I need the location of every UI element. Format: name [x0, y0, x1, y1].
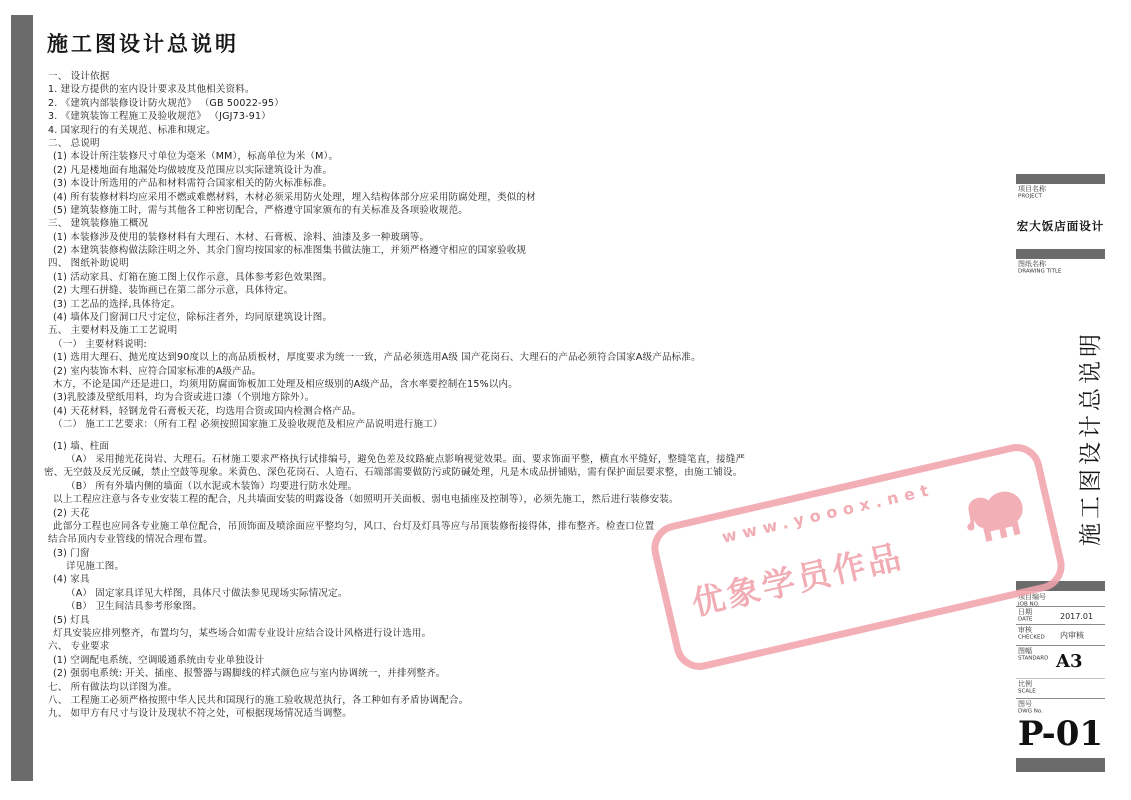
date-label-cn: 日期 [1018, 609, 1034, 616]
note-line: 2. 《建筑内部装修设计防火规范》 （GB 50022-95） [44, 97, 1019, 110]
drawing-title-label: 图纸名称 DRAWING TITLE [1018, 261, 1065, 275]
general-notes-body: 一、 设计依据1. 建设方提供的室内设计要求及其他相关资料。2. 《建筑内部装修… [44, 70, 1019, 721]
project-label: 项目名称 PROJECT [1018, 186, 1046, 200]
drawing-title-label-cn: 图纸名称 [1018, 261, 1065, 268]
note-line: 二、 总说明 [44, 137, 1019, 150]
table-row-dwgno: 图号DWG No. [1016, 699, 1105, 715]
scale-label-cn: 比例 [1018, 681, 1037, 688]
note-line: (2) 大理石拼缝、装饰画已在第二部分示意，具体待定。 [44, 284, 1019, 297]
checked-value: 内审核 [1060, 630, 1084, 641]
note-line: (1) 本设计所注装修尺寸单位为毫米（MM），标高单位为米（M）。 [44, 150, 1019, 163]
drawing-title-vertical: 施工图设计总说明 [1072, 328, 1100, 548]
project-label-en: PROJECT [1018, 193, 1044, 199]
note-line: 1. 建设方提供的室内设计要求及其他相关资料。 [44, 83, 1019, 96]
titleblock-divider-bar-mid [1016, 249, 1105, 259]
table-row-scale: 比例SCALE [1016, 679, 1105, 699]
table-row-checked: 审核CHECKED 内审核 [1016, 625, 1105, 646]
note-line: 木方，不论是国产还是进口，均须用防腐面饰板加工处理及相应级别的A级产品，含水率要… [44, 378, 1019, 391]
table-row-date: 日期DATE 2017.01 [1016, 607, 1105, 625]
note-line: (5) 建筑装修施工时，需与其他各工种密切配合，严格遵守国家颁布的有关标准及各项… [44, 204, 1019, 217]
note-line: (2) 本建筑装修构做法除注明之外、其余门窗均按国家的标准图集书做法施工，并须严… [44, 244, 1019, 257]
note-line: 三、 建筑装修施工概况 [44, 217, 1019, 230]
note-line: 密、无空鼓及反光反碱，禁止空鼓等现象。米黄色、深色花岗石、人造石、石端部需要做防… [44, 466, 1019, 479]
standard-label-cn: 图幅 [1018, 648, 1051, 655]
note-line: （B） 卫生间洁具参考形象图。 [44, 600, 1019, 613]
note-line: (1) 选用大理石、抛光度达到90度以上的高品质板材，厚度要求为统一一致，产品必… [44, 351, 1019, 364]
project-name: 宏大饭店面设计 [1016, 218, 1105, 234]
note-line: (2) 天花 [44, 507, 1019, 520]
note-line: 四、 图纸补助说明 [44, 257, 1019, 270]
checked-label-cn: 审核 [1018, 627, 1047, 634]
note-line: (3)乳胶漆及壁纸用料，均为合资或进口漆（个别地方除外）。 [44, 391, 1019, 404]
note-line: （A） 采用抛光花岗岩、大理石。石材施工要求严格执行试排编号，避免色差及纹路疵点… [44, 453, 1019, 466]
project-label-cn: 项目名称 [1018, 186, 1046, 193]
note-line: (4) 所有装修材料均应采用不燃或难燃材料，木材必须采用防火处理，埋入结构体部分… [44, 191, 1019, 204]
date-label-en: DATE [1018, 616, 1032, 622]
note-line: (1) 墙、柱面 [44, 440, 1019, 453]
note-line: (4) 墙体及门窗洞口尺寸定位，除标注者外，均同原建筑设计图。 [44, 311, 1019, 324]
note-line: 一、 设计依据 [44, 70, 1019, 83]
note-line: 六、 专业要求 [44, 640, 1019, 653]
note-line: 此部分工程也应同各专业施工单位配合，吊顶饰面及喷涂面应平整均匀，风口、台灯及灯具… [44, 520, 1019, 533]
note-line: 4. 国家现行的有关规范、标准和规定。 [44, 124, 1019, 137]
note-line: 五、 主要材料及施工工艺说明 [44, 324, 1019, 337]
note-line: 灯具安装应排列整齐，布置均匀，某些场合如需专业设计应结合设计风格进行设计选用。 [44, 627, 1019, 640]
titleblock-divider-bar-lower [1016, 581, 1105, 591]
drawing-sheet: { "sheet": { "main_title": "施工图设计总说明", "… [0, 0, 1131, 800]
titleblock-divider-bar-bottom [1016, 758, 1105, 772]
note-line: (2) 室内装饰木料、应符合国家标准的A级产品。 [44, 365, 1019, 378]
table-row-jobno: 项目编号JOB NO. [1016, 592, 1105, 607]
note-line: 八、 工程施工必须严格按照中华人民共和国现行的施工验收规范执行，各工种如有矛盾协… [44, 694, 1019, 707]
note-line: (4) 天花材料，轻钢龙骨石膏板天花，均选用合资或国内检测合格产品。 [44, 405, 1019, 418]
binding-bar [11, 15, 33, 781]
note-line: （一） 主要材料说明: [44, 338, 1019, 351]
drawing-number: P-01 [1016, 714, 1105, 754]
note-line: （B） 所有外墙内侧的墙面（以水泥或木装饰）均要进行防水处理。 [44, 480, 1019, 493]
note-line: （二） 施工工艺要求：（所有工程 必须按照国家施工及验收规范及相应产品说明进行施… [44, 418, 1019, 431]
jobno-label-cn: 项目编号 [1018, 594, 1046, 601]
note-line: (1) 本装修涉及使用的装修材料有大理石、木材、石膏板、涂料、油漆及多一种玻璃等… [44, 231, 1019, 244]
checked-label-en: CHECKED [1018, 634, 1045, 640]
note-line: 3. 《建筑装饰工程施工及验收规范》 （JGJ73-91） [44, 110, 1019, 123]
dwgno-label-cn: 图号 [1018, 701, 1045, 708]
note-line: 以上工程应注意与各专业安装工程的配合，凡共墙面安装的明露设备（如照明开关面板、弱… [44, 493, 1019, 506]
standard-label-en: STANDARD [1018, 655, 1048, 661]
note-line: (3) 工艺品的选择,具体待定。 [44, 298, 1019, 311]
note-line: (3) 门窗 [44, 547, 1019, 560]
note-line: (4) 家具 [44, 573, 1019, 586]
note-line: （A） 固定家具详见大样图，具体尺寸做法参见现场实际情况定。 [44, 587, 1019, 600]
titleblock-divider-bar-top [1016, 174, 1105, 184]
table-row-standard: 图幅STANDARD A3 [1016, 646, 1105, 679]
note-line: (1) 活动家具、灯箱在施工图上仅作示意，具体参考彩色效果图。 [44, 271, 1019, 284]
note-line: 七、 所有做法均以详图为准。 [44, 681, 1019, 694]
note-line: (1) 空调配电系统、空调暖通系统由专业单独设计 [44, 654, 1019, 667]
note-line: (2) 凡是楼地面有地漏处均做坡度及范围应以实际建筑设计为准。 [44, 164, 1019, 177]
note-line: 九、 如甲方有尺寸与设计及现状不符之处，可根据现场情况适当调整。 [44, 707, 1019, 720]
note-line: (2) 强弱电系统: 开关、插座、报警器与踢脚线的样式颜色应与室内协调统一，并排… [44, 667, 1019, 680]
note-line: 结合吊顶内专业管线的情况合理布置。 [44, 533, 1019, 546]
titleblock-info-table: 项目编号JOB NO. 日期DATE 2017.01 审核CHECKED 内审核… [1016, 592, 1105, 715]
note-line: (5) 灯具 [44, 614, 1019, 627]
scale-label-en: SCALE [1018, 688, 1036, 694]
paper-size-value: A3 [1056, 651, 1083, 672]
drawing-title-label-en: DRAWING TITLE [1018, 268, 1062, 274]
date-value: 2017.01 [1060, 612, 1093, 621]
note-line: 详见施工图。 [44, 560, 1019, 573]
page-title: 施工图设计总说明 [47, 28, 239, 58]
note-line: (3) 本设计所选用的产品和材料需符合国家相关的防火标准标准。 [44, 177, 1019, 190]
